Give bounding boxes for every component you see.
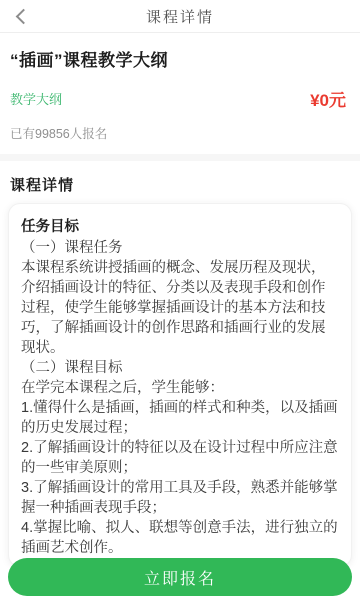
course-title: “插画”课程教学大纲 <box>10 46 350 71</box>
goal-item-2: 2.了解插画设计的特征以及在设计过程中所应注意的一些审美原则； <box>21 438 339 478</box>
course-detail-card: 任务目标 （一）课程任务 本课程系统讲授插画的概念、发展历程及现状，介绍插画设计… <box>8 203 352 567</box>
card-heading: 任务目标 <box>21 217 339 237</box>
goal-item-1: 1.懂得什么是插画，插画的样式和种类，以及插画的历史发展过程； <box>21 398 339 438</box>
back-chevron-icon <box>15 8 31 24</box>
part1-title: （一）课程任务 <box>21 238 339 258</box>
part1-body: 本课程系统讲授插画的概念、发展历程及现状，介绍插画设计的特征、分类以及表现手段和… <box>21 258 339 358</box>
part2-title: （二）课程目标 <box>21 358 339 378</box>
course-tag: 教学大纲 <box>10 89 62 108</box>
navbar: 课程详情 <box>0 0 360 33</box>
back-button[interactable] <box>6 0 36 32</box>
enroll-button[interactable]: 立即报名 <box>8 558 352 596</box>
course-detail-screen: 课程详情 “插画”课程教学大纲 教学大纲 ¥0元 已有99856人报名 课程详情… <box>0 0 360 567</box>
section-divider <box>0 154 360 161</box>
enrolled-count: 已有99856人报名 <box>10 124 350 154</box>
navbar-title: 课程详情 <box>146 6 214 27</box>
section-title: 课程详情 <box>10 174 350 195</box>
goal-item-4: 4.掌握比喻、拟人、联想等创意手法，进行独立的插画艺术创作。 <box>21 518 339 558</box>
course-price: ¥0元 <box>310 86 350 111</box>
course-meta-row: 教学大纲 ¥0元 <box>10 86 350 111</box>
course-info-section: “插画”课程教学大纲 教学大纲 ¥0元 已有99856人报名 <box>0 33 360 154</box>
part2-intro: 在学完本课程之后，学生能够： <box>21 378 339 398</box>
goal-item-3: 3.了解插画设计的常用工具及手段，熟悉并能够掌握一种插画表现手段； <box>21 478 339 518</box>
